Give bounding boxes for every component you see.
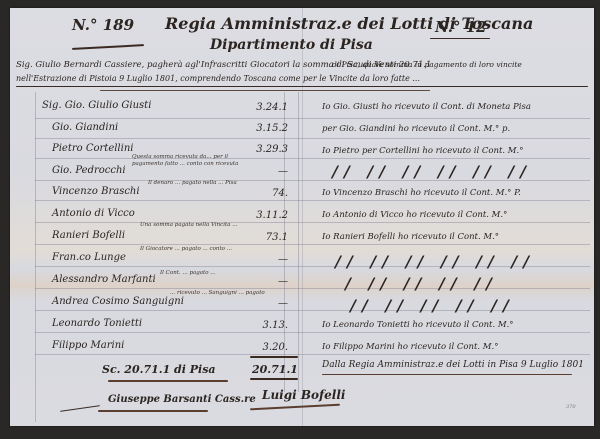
- entry-note: Una somma pagata nella Vincita ...: [140, 222, 250, 229]
- entry-amount: 3.24.1: [248, 102, 288, 113]
- entry-amount: —: [248, 166, 288, 177]
- entry-amount: 3.20.: [248, 342, 288, 353]
- flourish: [430, 38, 490, 39]
- cancel-strokes: // // // // //: [350, 296, 515, 315]
- total-underline: [250, 378, 298, 380]
- entry-name: Alessandro Marfanti: [52, 274, 156, 285]
- document-sheet: N.° 189 Regia Amministraz.e dei Lotti di…: [10, 8, 594, 426]
- entry-amount: 74.: [248, 188, 288, 199]
- entry-name: Pietro Cortellini: [52, 143, 133, 154]
- document-subtitle: Dipartimento di Pisa: [210, 37, 373, 53]
- flourish: [108, 380, 228, 382]
- row-rule: [35, 118, 590, 119]
- receipt-text: Io Gio. Giusti ho ricevuto il Cont. di M…: [322, 102, 531, 112]
- signature-cashier: Giuseppe Barsanti Cass.re: [108, 394, 256, 405]
- entry-note: Il denaro ... pagato nella ... Pisa: [148, 180, 258, 187]
- entry-note: ... ricevuto ... Sanguigni ... pagato: [170, 290, 280, 297]
- entry-name: Fran.co Lunge: [52, 252, 126, 263]
- entry-amount: 3.29.3: [248, 144, 288, 155]
- margin-line: [35, 92, 36, 422]
- entry-amount: —: [248, 298, 288, 309]
- preamble-line-2: nell'Estrazione di Pistoia 9 Luglio 1801…: [16, 74, 420, 83]
- flourish: [60, 405, 100, 412]
- row-rule: [35, 200, 590, 201]
- flourish: [72, 44, 144, 50]
- preamble-underline-2: [100, 90, 430, 91]
- signature-flourish: [250, 404, 340, 411]
- entry-note: Questa somma ricevuta da... per il pagam…: [132, 154, 242, 168]
- signature-payee: Luigi Bofelli: [262, 388, 345, 402]
- entry-amount: —: [248, 276, 288, 287]
- entry-note: Il Giocatore ... pagato ... conto ...: [140, 246, 250, 253]
- total-text: Sc. 20.71.1 di Pisa: [102, 363, 216, 376]
- entry-amount: 3.11.2: [248, 210, 288, 221]
- entry-amount: 73.1: [248, 232, 288, 243]
- row-rule: [35, 288, 590, 289]
- column-line: [298, 92, 299, 392]
- row-rule: [35, 222, 590, 223]
- entry-name: Antonio di Vicco: [52, 208, 135, 219]
- entry-name: Gio. Pedrocchi: [52, 165, 126, 176]
- cancel-strokes: // // // // // //: [332, 162, 532, 181]
- archive-mark: 370: [566, 404, 576, 410]
- row-rule: [35, 354, 590, 355]
- cancel-strokes: / // // // //: [345, 274, 498, 293]
- fold-line: [302, 8, 303, 426]
- total-rule: [250, 356, 298, 358]
- entry-amount: —: [248, 254, 288, 265]
- entry-amount: 3.13.: [248, 320, 288, 331]
- receipt-text: Io Ranieri Bofelli ho ricevuto il Cont. …: [322, 232, 499, 242]
- receipt-text: Io Antonio di Vicco ho ricevuto il Cont.…: [322, 210, 507, 220]
- entry-name: Ranieri Bofelli: [52, 230, 125, 241]
- signature-flourish: [98, 410, 208, 412]
- receipt-text: Io Leonardo Tonietti ho ricevuto il Cont…: [322, 320, 514, 330]
- entry-amount: 3.15.2: [248, 123, 288, 134]
- total-amount: 20.71.1: [252, 363, 292, 376]
- receipt-text: Io Pietro per Cortellini ho ricevuto il …: [322, 146, 523, 156]
- entry-name: Filippo Marini: [52, 340, 124, 351]
- row-rule: [35, 158, 590, 159]
- entry-name: Vincenzo Braschi: [52, 186, 140, 197]
- entry-name: Gio. Giandini: [52, 122, 118, 133]
- entry-name: Andrea Cosimo Sanguigni: [52, 296, 184, 307]
- closing-underline: [322, 374, 572, 375]
- receipt-text: Io Filippo Marini ho ricevuto il Cont. M…: [322, 342, 498, 352]
- row-rule: [35, 138, 590, 139]
- preamble-line-1-right: di Pisa, quale somma in pagamento di lor…: [332, 60, 522, 69]
- cancel-strokes: // // // // // //: [335, 252, 535, 271]
- receipt-text: per Gio. Giandini ho ricevuto il Cont. M…: [322, 124, 510, 134]
- entry-name: Leonardo Tonietti: [52, 318, 142, 329]
- document-number-right: N.° 12: [435, 18, 487, 36]
- closing-place-date: Dalla Regia Amministraz.e dei Lotti in P…: [322, 360, 584, 370]
- receipt-text: Io Vincenzo Braschi ho ricevuto il Cont.…: [322, 188, 521, 198]
- document-number-left: N.° 189: [72, 16, 134, 34]
- row-rule: [35, 332, 590, 333]
- preamble-underline: [16, 86, 588, 87]
- row-rule: [35, 244, 590, 245]
- entry-name: Sig. Gio. Giulio Giusti: [42, 100, 151, 111]
